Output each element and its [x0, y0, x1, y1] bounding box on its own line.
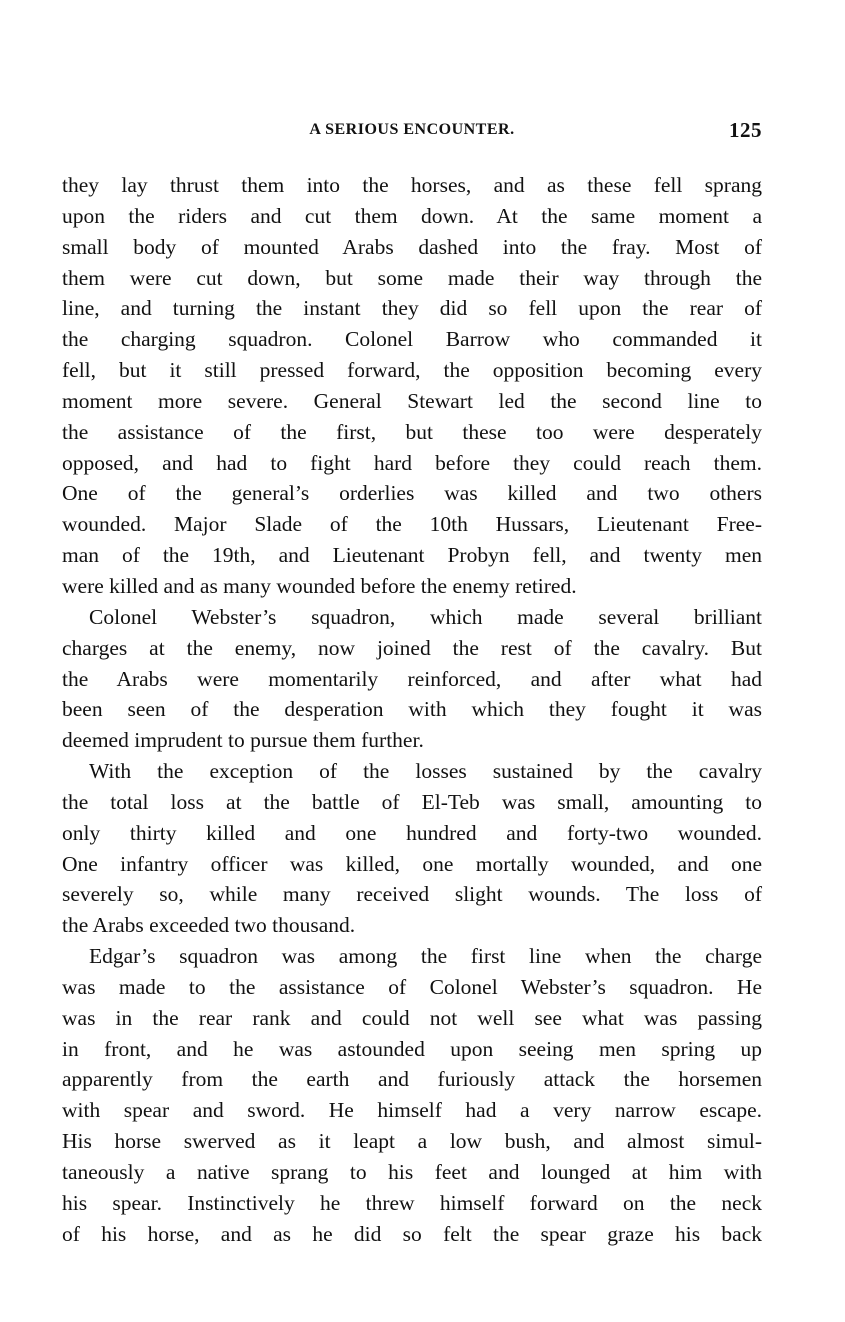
page-number: 125	[729, 118, 762, 143]
text-line: charges at the enemy, now joined the res…	[62, 633, 762, 664]
text-line: with spear and sword. He himself had a v…	[62, 1095, 762, 1126]
text-line: wounded. Major Slade of the 10th Hussars…	[62, 509, 762, 540]
text-line: man of the 19th, and Lieutenant Probyn f…	[62, 540, 762, 571]
text-line: was in the rear rank and could not well …	[62, 1003, 762, 1034]
text-line: small body of mounted Arabs dashed into …	[62, 232, 762, 263]
running-title: A SERIOUS ENCOUNTER.	[62, 121, 762, 139]
text-line: only thirty killed and one hundred and f…	[62, 818, 762, 849]
text-line: Colonel Webster’s squadron, which made s…	[62, 602, 762, 633]
text-line: the assistance of the first, but these t…	[62, 417, 762, 448]
text-line: Edgar’s squadron was among the first lin…	[62, 941, 762, 972]
text-line: His horse swerved as it leapt a low bush…	[62, 1126, 762, 1157]
running-head: A SERIOUS ENCOUNTER. 125	[62, 116, 762, 148]
text-line: opposed, and had to fight hard before th…	[62, 448, 762, 479]
text-line: were killed and as many wounded before t…	[62, 571, 762, 602]
text-line: severely so, while many received slight …	[62, 879, 762, 910]
text-line: them were cut down, but some made their …	[62, 263, 762, 294]
text-line: line, and turning the instant they did s…	[62, 293, 762, 324]
text-line: the Arabs were momentarily reinforced, a…	[62, 664, 762, 695]
text-line: the charging squadron. Colonel Barrow wh…	[62, 324, 762, 355]
text-line: the Arabs exceeded two thousand.	[62, 910, 762, 941]
text-line: fell, but it still pressed forward, the …	[62, 355, 762, 386]
text-line: the total loss at the battle of El-Teb w…	[62, 787, 762, 818]
text-line: of his horse, and as he did so felt the …	[62, 1219, 762, 1250]
text-line: deemed imprudent to pursue them further.	[62, 725, 762, 756]
text-line: With the exception of the losses sustain…	[62, 756, 762, 787]
text-line: been seen of the desperation with which …	[62, 694, 762, 725]
book-page: A SERIOUS ENCOUNTER. 125 they lay thrust…	[62, 116, 762, 1250]
text-line: was made to the assistance of Colonel We…	[62, 972, 762, 1003]
text-line: moment more severe. General Stewart led …	[62, 386, 762, 417]
text-line: apparently from the earth and furiously …	[62, 1064, 762, 1095]
text-line: upon the riders and cut them down. At th…	[62, 201, 762, 232]
body-text: they lay thrust them into the horses, an…	[62, 170, 762, 1250]
text-line: taneously a native sprang to his feet an…	[62, 1157, 762, 1188]
text-line: they lay thrust them into the horses, an…	[62, 170, 762, 201]
text-line: in front, and he was astounded upon seei…	[62, 1034, 762, 1065]
text-line: One of the general’s orderlies was kille…	[62, 478, 762, 509]
text-line: his spear. Instinctively he threw himsel…	[62, 1188, 762, 1219]
text-line: One infantry officer was killed, one mor…	[62, 849, 762, 880]
